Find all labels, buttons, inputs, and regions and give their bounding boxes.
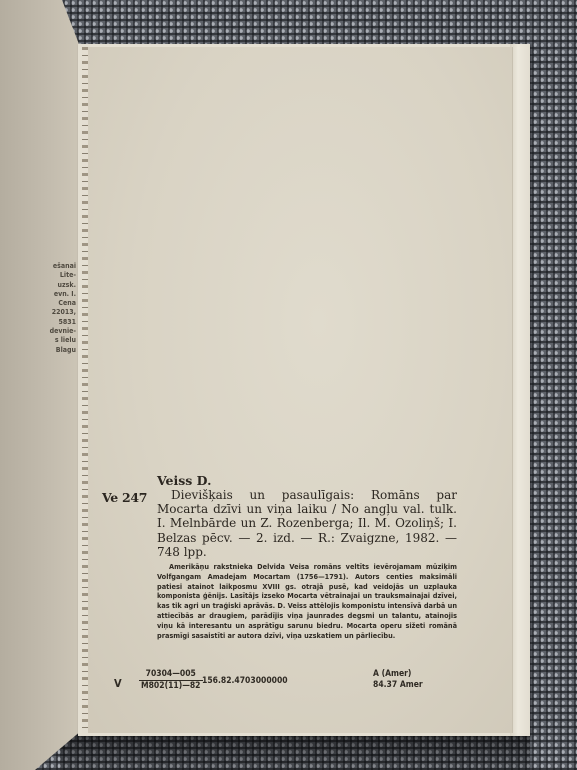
fragment-line: Cena (16, 299, 76, 308)
table-shadow (60, 735, 530, 770)
shelf-codes: A (Amer) 84.37 Amer (373, 669, 423, 691)
fragment-line: s lielu (16, 336, 76, 345)
fragment-line: 5831 (16, 318, 76, 327)
publication-index-fraction: 70304—005 M802(11)—82 (139, 669, 203, 692)
page-binding-stitch (82, 47, 88, 733)
fragment-line: devnie- (16, 327, 76, 336)
author-heading: Veiss D. (157, 473, 211, 488)
classmark: Ve 247 (102, 490, 147, 505)
fragment-line: evn. I. (16, 290, 76, 299)
cover-edge (510, 44, 530, 736)
fraction-numerator: 70304—005 (139, 669, 203, 681)
shelf-code-1: A (Amer) (373, 669, 423, 680)
fragment-line: 22013, (16, 308, 76, 317)
fraction-denominator: M802(11)—82 (139, 681, 203, 692)
fragment-line: Lite- (16, 271, 76, 280)
left-page: ešanai Lite- uzsk. evn. I. Cena 22013, 5… (0, 0, 82, 770)
index-mark: V (114, 677, 122, 690)
shelf-code-2: 84.37 Amer (373, 680, 423, 691)
fragment-line: uzsk. (16, 281, 76, 290)
left-page-text-fragment: ešanai Lite- uzsk. evn. I. Cena 22013, 5… (16, 262, 76, 355)
fragment-line: ešanai (16, 262, 76, 271)
title-statement: Dievišķais un pasaulīgais: Romāns par Mo… (157, 488, 457, 559)
annotation: Amerikāņu rakstnieka Delvida Veisa romān… (157, 562, 457, 640)
bbk-code: 156.82.4703000000 (202, 676, 288, 686)
fragment-line: Blagu (16, 346, 76, 355)
book-page: Ve 247 Veiss D. Dievišķais un pasaulīgai… (82, 47, 513, 733)
card-footer: V 70304—005 M802(11)—82 156.82.470300000… (102, 669, 472, 701)
